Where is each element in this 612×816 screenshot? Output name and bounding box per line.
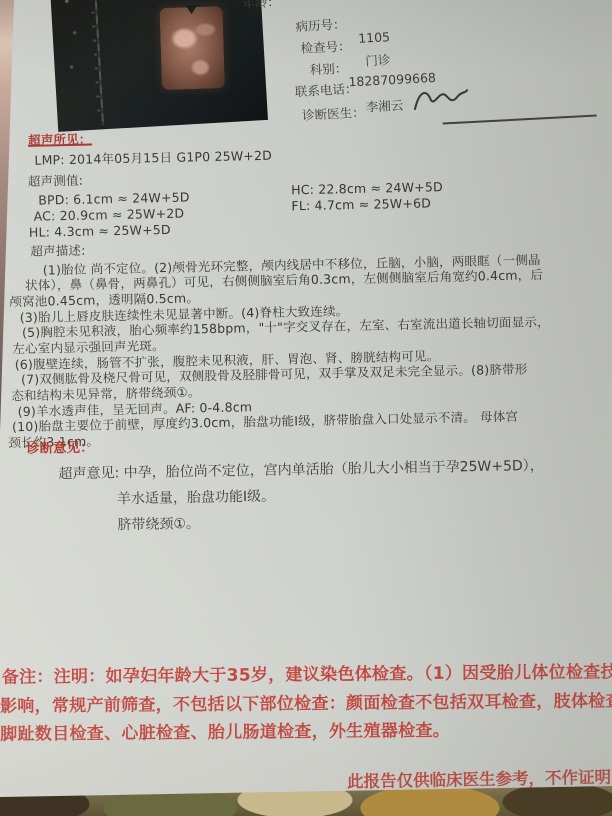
opinion-label: 超声意见:	[58, 465, 119, 482]
scale-ruler-icon	[94, 0, 104, 125]
doctor-label: 诊断医生：	[302, 103, 365, 124]
opinion-line: 超声意见: 中孕，胎位尚不定位，宫内单活胎（胎儿大小相当于孕25W+5D），	[58, 454, 612, 484]
measurement-left: AC: 20.9cm ≈ 25W+2D	[33, 205, 184, 223]
exam-number-label: 检查号：	[300, 36, 351, 57]
opinion-text: 中孕，胎位尚不定位，宫内单活胎（胎儿大小相当于孕25W+5D），	[124, 458, 544, 481]
exam-number-value: 1105	[358, 29, 391, 46]
findings-section: 超声所见： LMP: 2014年05月15日 G1P0 25W+2D 超声测值:…	[0, 119, 612, 450]
opinion-line: 脐带绕颈①。	[117, 506, 612, 535]
findings-heading: 超声所见：	[28, 130, 92, 147]
report-paper: 年龄： 病历号： 检查号： 1105 科别： 门诊 联系电话： 18287099…	[0, 0, 612, 816]
diagnosis-section: 诊断意见： 超声意见: 中孕，胎位尚不定位，宫内单活胎（胎儿大小相当于孕25W+…	[0, 427, 612, 537]
department-label: 科别：	[309, 58, 347, 78]
measurement-right: HC: 22.8cm ≈ 24W+5D	[291, 179, 443, 197]
measurement-left: HL: 4.3cm ≈ 25W+5D	[29, 222, 171, 240]
measurement-right: FL: 4.7cm ≈ 25W+6D	[291, 195, 431, 213]
ultrasound-photo	[50, 0, 268, 132]
calibration-marks-icon	[62, 0, 86, 95]
doctor-name: 李湘云	[365, 96, 403, 116]
doctor-signature-scribble-icon	[411, 84, 470, 117]
footnote-section: 备注：注明：如孕妇年龄大于35岁，建议染色体检查。（1）因受胎儿体位检查技术角度…	[0, 657, 612, 748]
measurement-left: BPD: 6.1cm ≈ 24W+5D	[38, 189, 190, 207]
footnote-line: 脚趾数目检查、心脏检查、胎儿肠道检查，外生殖器检查。	[0, 714, 612, 748]
department-value: 门诊	[365, 50, 391, 69]
fetal-image	[159, 6, 225, 90]
opinion-line: 羊水适量，胎盘功能I级。	[117, 480, 612, 509]
record-number-label: 病历号：	[295, 15, 346, 36]
age-label: 年龄：	[242, 0, 280, 12]
